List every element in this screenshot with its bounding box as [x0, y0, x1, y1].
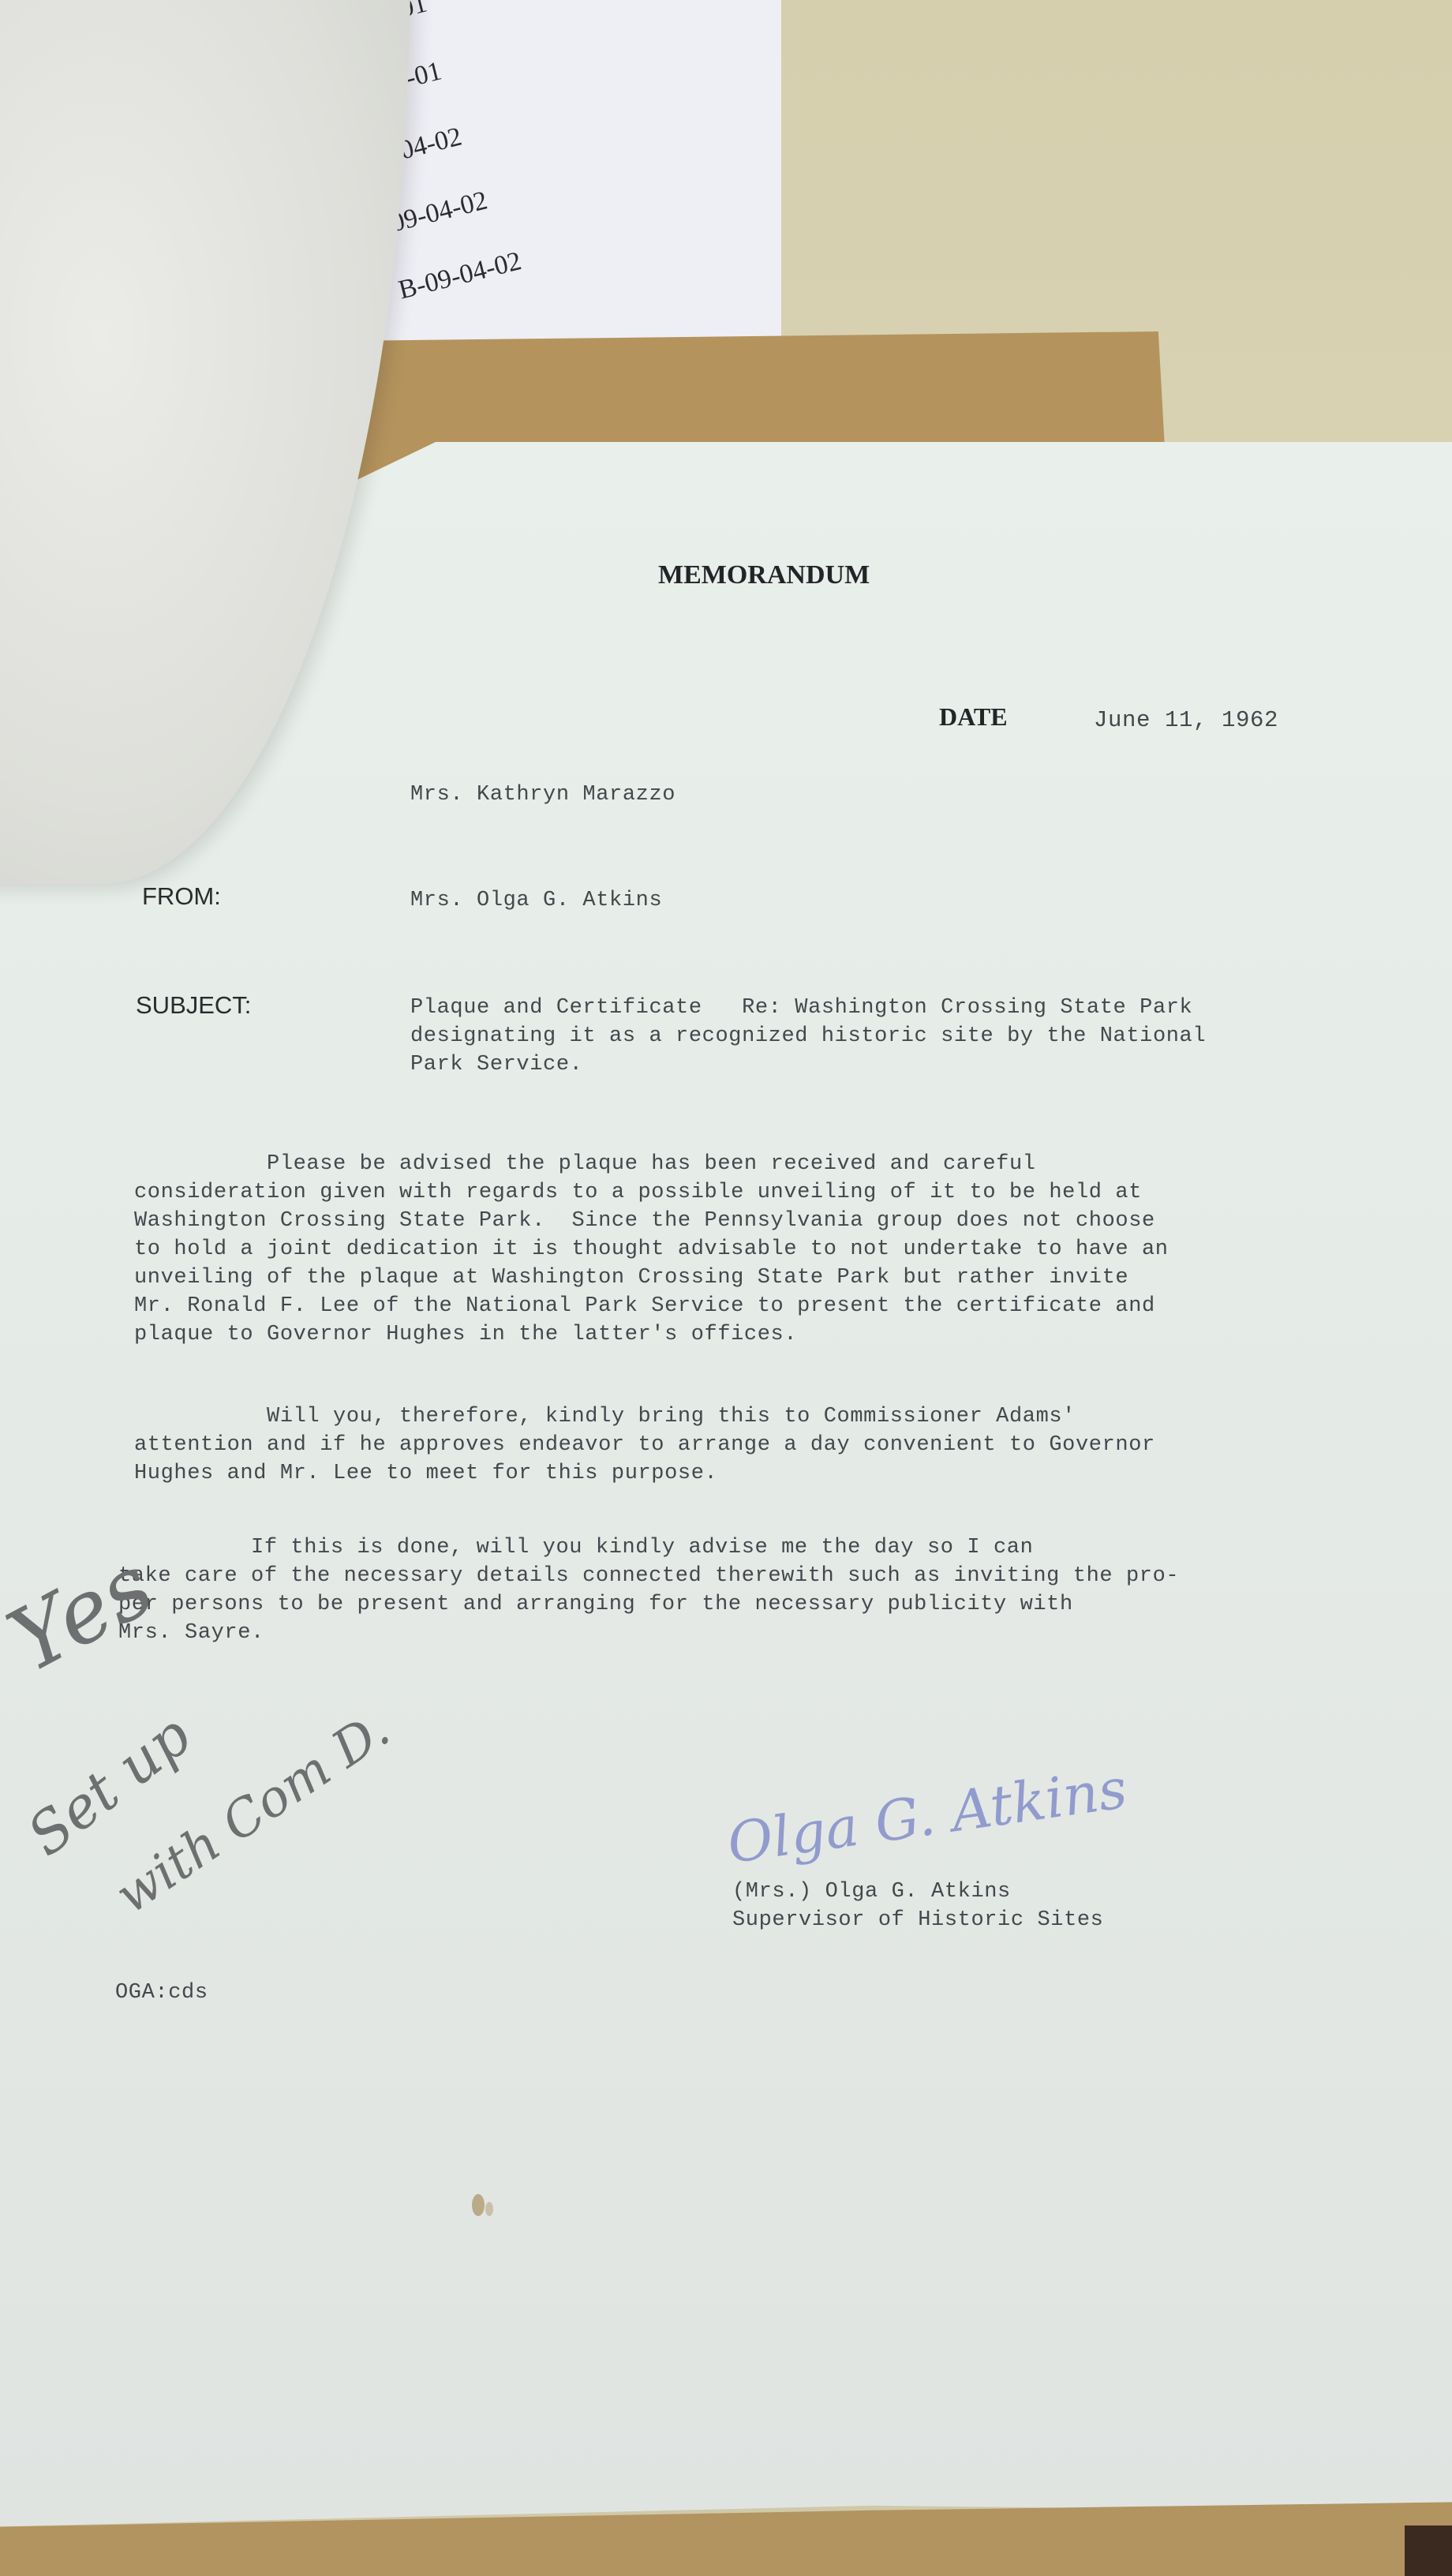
subject-line: Plaque and Certificate Re: Washington Cr… — [410, 996, 1192, 1020]
body-line: attention and if he approves endeavor to… — [134, 1433, 1155, 1457]
subject-label: SUBJECT: — [136, 991, 251, 1020]
reference-initials: OGA:cds — [115, 1981, 208, 2005]
body-line: to hold a joint dedication it is thought… — [134, 1237, 1169, 1261]
from-value: Mrs. Olga G. Atkins — [410, 889, 662, 912]
body-line: Please be advised the plaque has been re… — [134, 1152, 1036, 1176]
date-value: June 11, 1962 — [1094, 707, 1278, 733]
index-code: B-09-04-02 — [395, 246, 524, 305]
body-line: unveiling of the plaque at Washington Cr… — [134, 1266, 1128, 1290]
body-line: consideration given with regards to a po… — [134, 1181, 1142, 1204]
signature-title: Supervisor of Historic Sites — [732, 1908, 1103, 1932]
handwritten-signature: Olga G. Atkins — [724, 1756, 1131, 1876]
signature-name: (Mrs.) Olga G. Atkins — [732, 1880, 1011, 1904]
paper-stain — [472, 2194, 485, 2216]
paper-stain — [485, 2202, 493, 2216]
memo-title: MEMORANDUM — [658, 560, 870, 590]
table-edge — [1405, 2525, 1452, 2576]
body-line: Will you, therefore, kindly bring this t… — [134, 1405, 1076, 1428]
body-line: per persons to be present and arranging … — [118, 1593, 1073, 1616]
index-code: 09-04-02 — [387, 185, 490, 238]
body-line: plaque to Governor Hughes in the latter'… — [134, 1323, 797, 1346]
subject-line: Park Service. — [410, 1053, 582, 1076]
body-line: take care of the necessary details conne… — [118, 1564, 1179, 1588]
from-label: FROM: — [142, 882, 221, 911]
body-line: Mr. Ronald F. Lee of the National Park S… — [134, 1294, 1155, 1318]
date-label: DATE — [939, 702, 1008, 732]
to-value: Mrs. Kathryn Marazzo — [410, 783, 675, 807]
subject-line: designating it as a recognized historic … — [410, 1024, 1206, 1048]
body-line: Hughes and Mr. Lee to meet for this purp… — [134, 1462, 717, 1485]
body-line: If this is done, will you kindly advise … — [118, 1536, 1033, 1559]
body-line: Washington Crossing State Park. Since th… — [134, 1209, 1155, 1233]
